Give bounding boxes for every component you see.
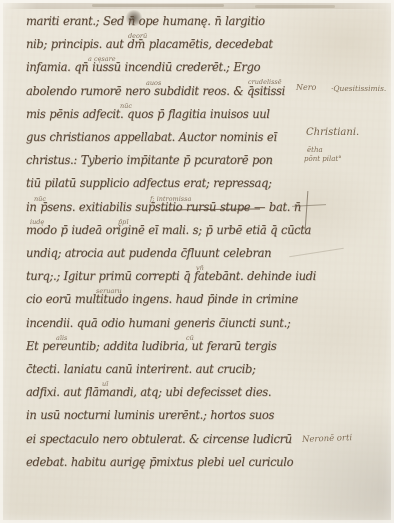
interlinear-gloss: nūc [120, 102, 132, 110]
manuscript-line: cio eorū multitudo ingens. haud p̄inde i… [26, 292, 298, 307]
margin-note-pontio-pilato: pōnt pilat° [304, 155, 342, 163]
margin-note-christiani: Christiani. [306, 127, 359, 138]
interlinear-gloss: cū [186, 334, 194, 342]
interlinear-gloss: vn̄ [196, 264, 204, 272]
margin-note-christus-abbrev: ētha [307, 146, 323, 154]
margin-note-quaesitissimis: ·Quesitissimis. [331, 84, 386, 93]
interlinear-gloss: auos [146, 79, 161, 87]
manuscript-line: mis pēnis adfecit. quos p̄ flagitia inui… [26, 106, 270, 121]
manuscript-line: edebat. habitu aurigę p̄mixtus plebi uel… [26, 454, 293, 469]
manuscript-line: adfixi. aut flāmandi, atq; ubi defecisse… [26, 385, 271, 400]
manuscript-scan: mariti erant.; Sed n̄ ope humanę. n̄ lar… [0, 0, 394, 523]
interlinear-gloss: p̄pī [118, 218, 128, 226]
manuscript-line: tiū pilatū supplicio adfectus erat; repr… [26, 176, 272, 191]
interlinear-gloss: deorū [128, 32, 147, 40]
manuscript-line: mariti erant.; Sed n̄ ope humanę. n̄ lar… [26, 14, 265, 29]
manuscript-line: incendii. quā odio humani generis c̄iunc… [26, 315, 290, 330]
interlinear-gloss: f; intromissa [150, 195, 191, 203]
manuscript-line: turq;.; Igitur primū correpti q̄ fatebān… [26, 269, 316, 284]
manuscript-line: modo p̄ iudeā originē eī mali. s; p̄ urb… [26, 222, 311, 237]
interlinear-gloss: crudelissē [248, 78, 282, 86]
text-block: mariti erant.; Sed n̄ ope humanę. n̄ lar… [26, 8, 346, 488]
interlinear-gloss: seruaru [96, 287, 122, 295]
manuscript-line: in usū nocturni luminis urerēnt.; hortos… [26, 408, 274, 423]
manuscript-line: c̄tecti. laniatu canū interirent. aut cr… [26, 362, 256, 377]
interlinear-gloss: a cęsare [88, 55, 116, 63]
interlinear-gloss: iudę [30, 218, 44, 226]
manuscript-line: ei spectaculo nero obtulerat. & circense… [26, 431, 292, 446]
manuscript-line: infamia. qn̄ iussū incendiū crederēt.; E… [26, 60, 260, 75]
manuscript-line: christus.: Tyberio imp̄itante p̄ pcurato… [26, 153, 273, 168]
margin-note-nero: Nero [296, 83, 316, 92]
interlinear-gloss: uī [102, 380, 108, 388]
manuscript-line: undiq; atrocia aut pudenda c̄fluunt cele… [26, 246, 271, 261]
manuscript-line: nib; principis. aut dm̄ placamētis, dece… [26, 37, 273, 52]
margin-note-neronis-orti: Neronē orti [302, 433, 352, 445]
interlinear-gloss: aīis [56, 334, 67, 342]
manuscript-line: gus christianos appellabat. Auctor nomin… [26, 130, 277, 145]
page-edge-streak [92, 4, 224, 7]
interlinear-gloss: nūc [34, 195, 46, 203]
